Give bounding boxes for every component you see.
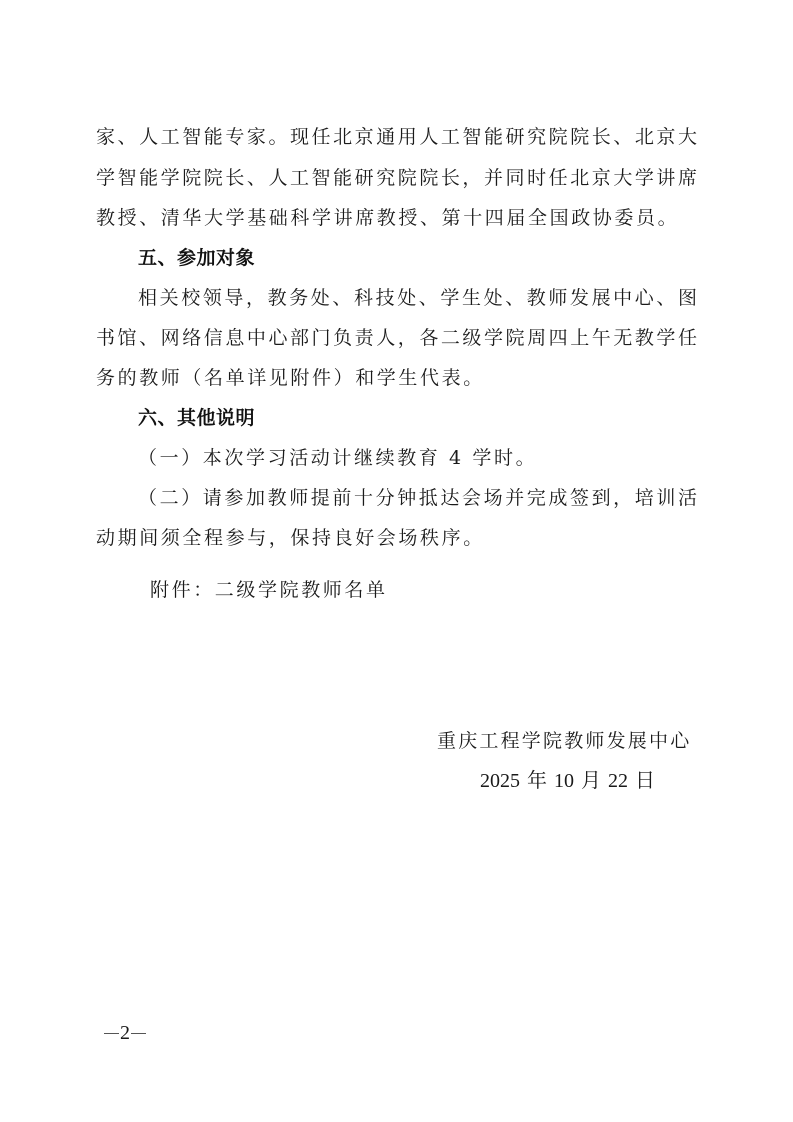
intro-line-1: 家、人工智能专家。现任北京通用人工智能研究院院长、北京大 [96, 117, 697, 157]
participants-line-3: 务的教师（名单详见附件）和学生代表。 [96, 358, 697, 398]
note-item-2-line-2: 动期间须全程参与，保持良好会场秩序。 [96, 518, 697, 558]
note-item-1: （一）本次学习活动计继续教育 4 学时。 [138, 438, 697, 478]
intro-line-3: 教授、清华大学基础科学讲席教授、第十四届全国政协委员。 [96, 198, 697, 238]
participants-line-2: 书馆、网络信息中心部门负责人，各二级学院周四上午无教学任 [96, 318, 697, 358]
intro-line-2: 学智能学院院长、人工智能研究院院长，并同时任北京大学讲席 [96, 158, 697, 198]
dash-right [131, 1033, 146, 1034]
page-number-value: 2 [119, 1020, 131, 1046]
signature-organization: 重庆工程学院教师发展中心 [437, 721, 691, 761]
signature-date: 2025 年 10 月 22 日 [480, 761, 655, 801]
note-item-2-line-1: （二）请参加教师提前十分钟抵达会场并完成签到，培训活 [138, 478, 697, 518]
section-heading-other-notes: 六、其他说明 [138, 398, 697, 438]
participants-line-1: 相关校领导，教务处、科技处、学生处、教师发展中心、图 [138, 278, 697, 318]
page-number: 2 [104, 1020, 146, 1046]
section-heading-participants: 五、参加对象 [138, 238, 697, 278]
attachment-reference: 附件：二级学院教师名单 [150, 570, 388, 610]
dash-left [104, 1033, 119, 1034]
